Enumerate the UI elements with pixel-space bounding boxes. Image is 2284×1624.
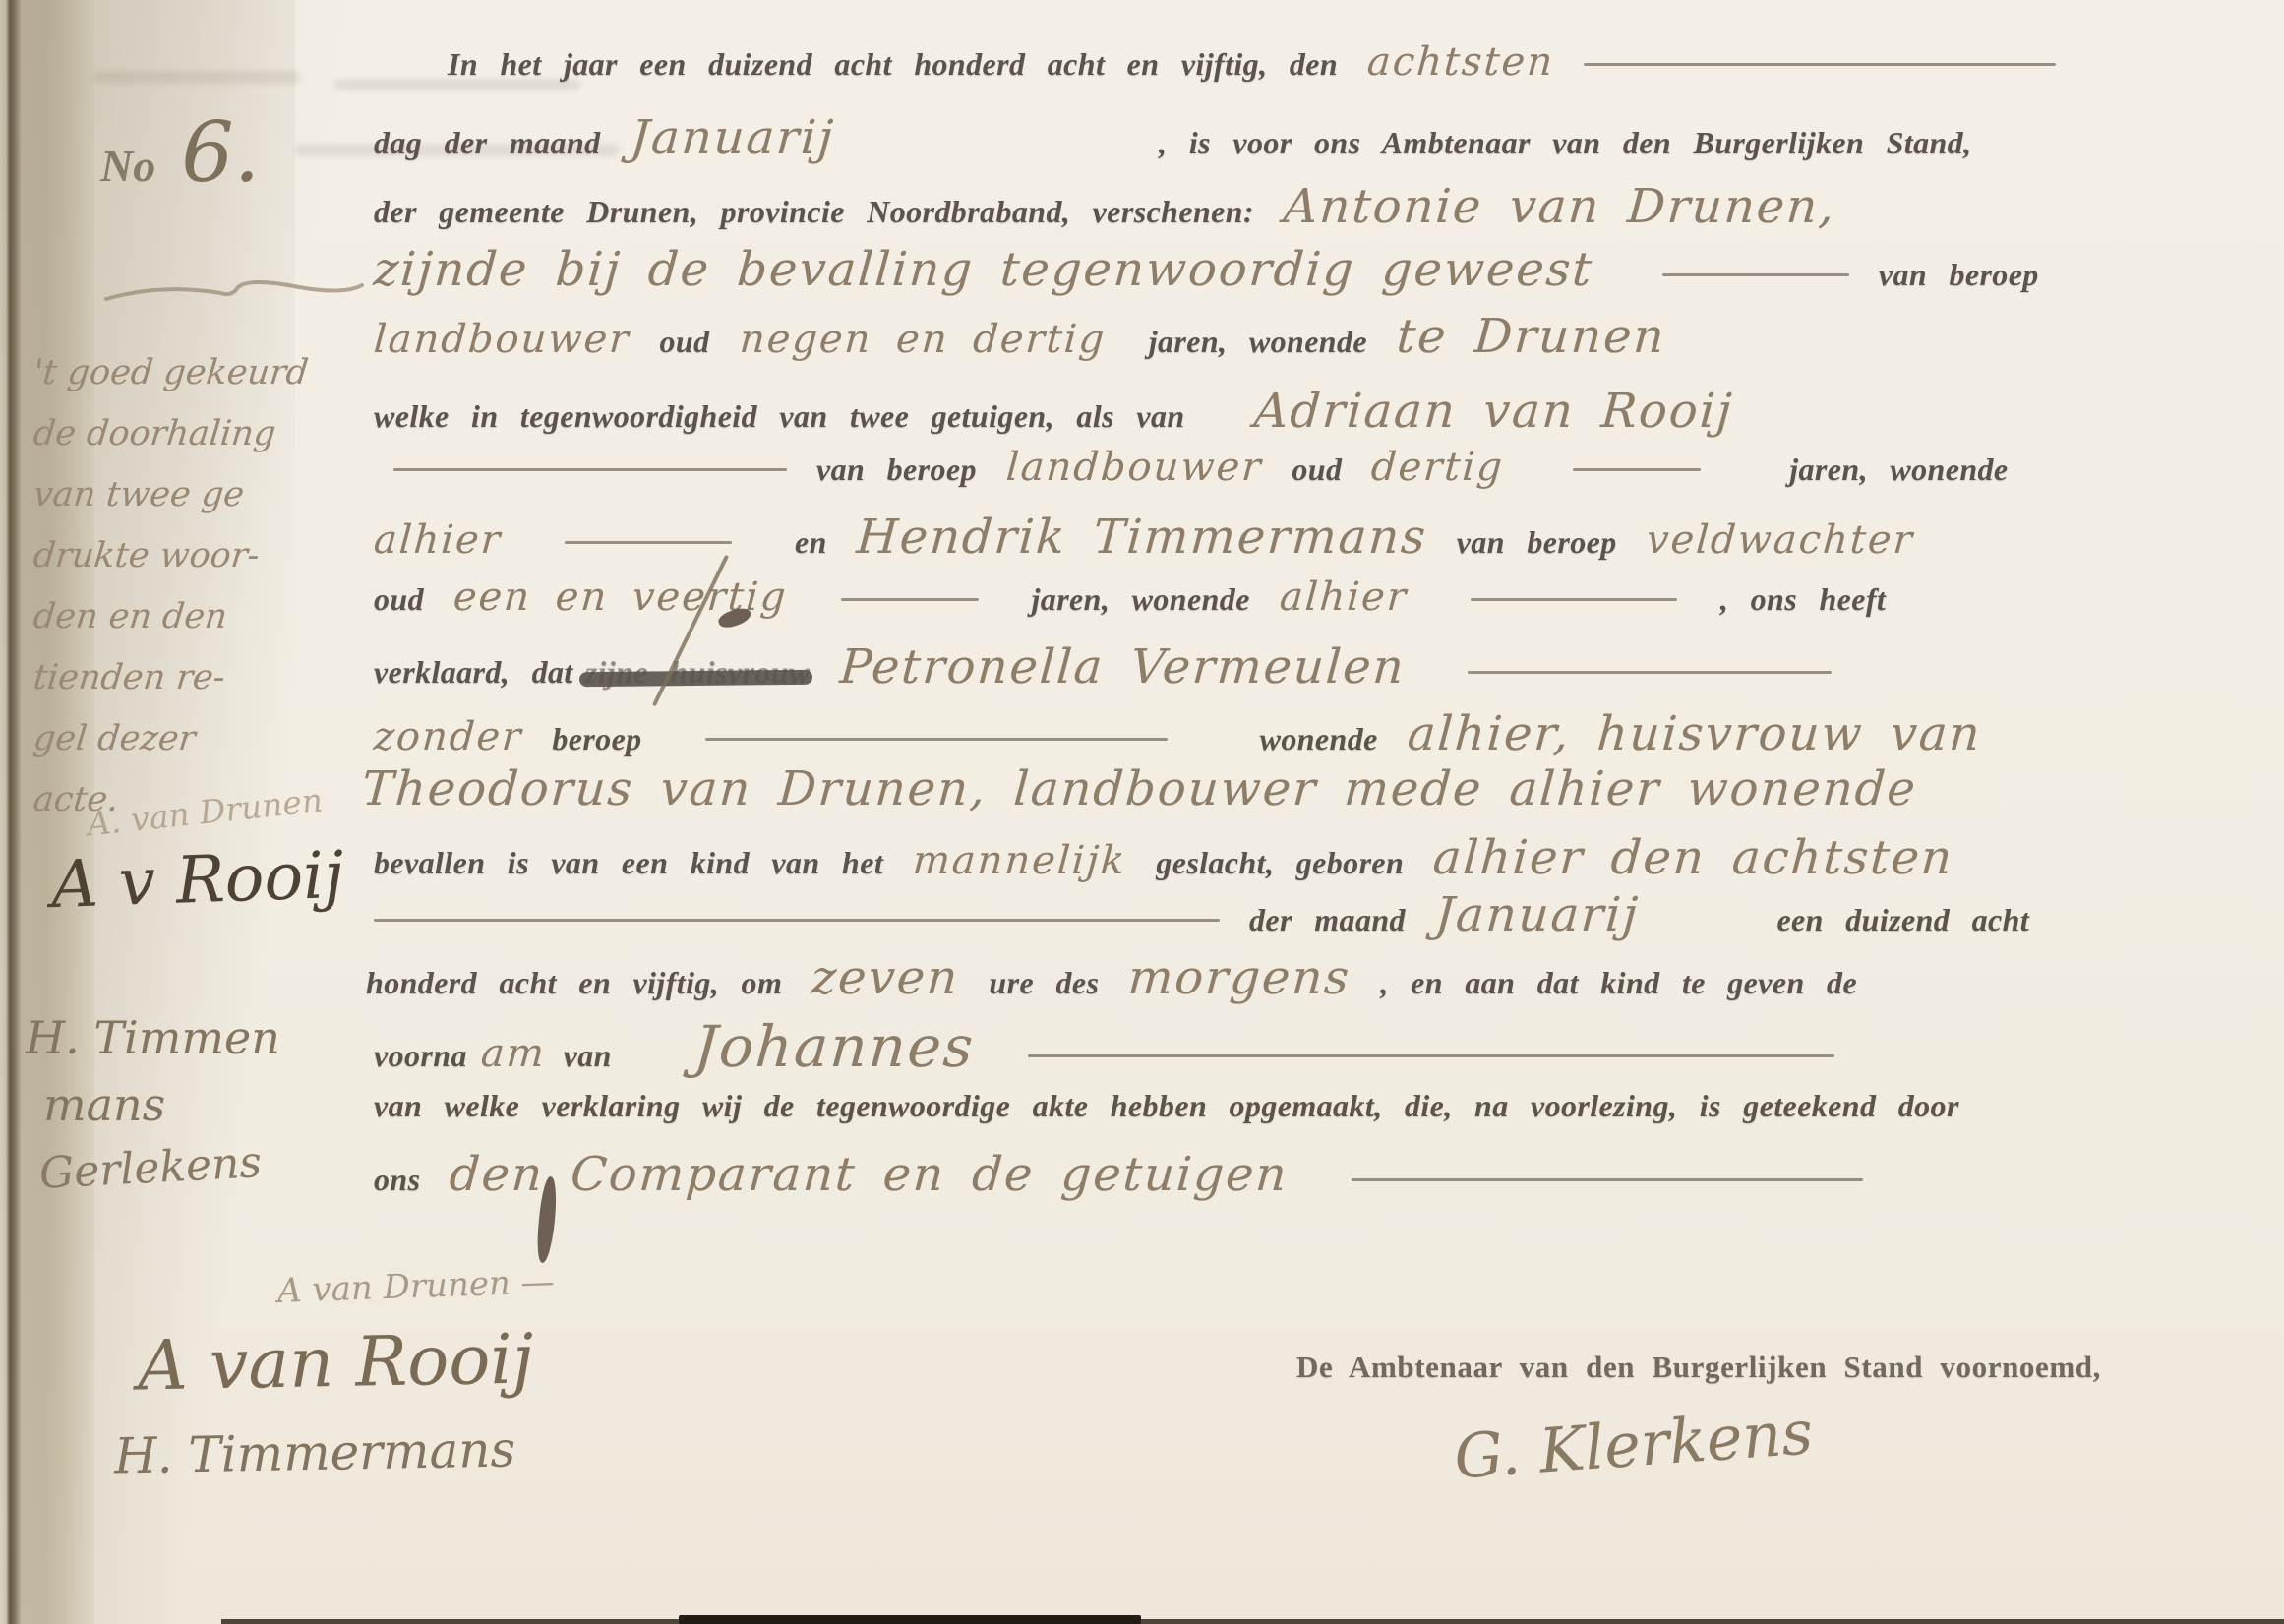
body-line: dag der maand Januarij , is voor ons Amb…: [374, 110, 1997, 165]
body-line: honderd acht en vijftig, om zeven ure de…: [366, 950, 1883, 1005]
handwritten-text: Antonie van Drunen,: [1282, 179, 1837, 234]
handwritten-text: alhier: [372, 517, 503, 563]
margin-signature: Gerlekens: [38, 1137, 263, 1199]
blank-rule: [841, 598, 979, 601]
handwritten-text: Januarij: [1433, 887, 1641, 942]
handwritten-text: negen en dertig: [738, 317, 1107, 362]
body-line: van beroep landbouwer oud dertig jaren, …: [393, 445, 2034, 490]
printed-text: , en aan dat kind te geven de: [1380, 965, 1857, 1000]
signature-comparant: A van Drunen —: [276, 1262, 555, 1311]
printed-text: honderd acht en vijftig, om: [366, 965, 782, 1000]
blank-rule: [1468, 671, 1832, 674]
printed-text: bevallen is van een kind van het: [374, 845, 883, 880]
blank-rule: [705, 738, 1168, 741]
handwritten-text: zonder: [372, 714, 524, 759]
body-line: voorna am van Johannes: [374, 1013, 1860, 1080]
body-line: landbouwer oud negen en dertig jaren, wo…: [374, 309, 1692, 364]
handwritten-text: alhier: [1278, 574, 1409, 620]
printed-text: van beroep: [816, 451, 977, 487]
body-line: zijnde bij de bevalling tegenwoordig gew…: [374, 242, 2065, 297]
printed-text: In het jaar een duizend acht honderd ach…: [448, 46, 1338, 82]
printed-text: geslacht, geboren: [1156, 845, 1404, 880]
margin-note-line: drukte woor-: [30, 525, 362, 586]
printed-text: wonende: [1260, 721, 1378, 756]
bleed-mark: [93, 71, 300, 84]
printed-text: dag der maand: [374, 125, 601, 160]
printed-text: van beroep: [1879, 257, 2039, 292]
handwritten-text: landbouwer: [372, 317, 631, 362]
handwritten-text: morgens: [1126, 950, 1352, 1005]
margin-note-line: gel dezer: [30, 708, 362, 769]
margin-approval-note: 't goed gekeurd de doorhaling van twee g…: [33, 342, 358, 830]
struck-text: zijne huisvrouw: [585, 654, 811, 690]
body-line: der maand Januarij een duizend acht: [374, 887, 2055, 942]
printed-text: jaren, wonende: [1789, 451, 2008, 487]
handwritten-text: alhier den achtsten: [1431, 830, 1955, 885]
printed-text: van: [564, 1038, 612, 1073]
handwritten-text: dertig: [1370, 445, 1506, 490]
handwritten-text: landbouwer: [1004, 445, 1264, 490]
margin-note-line: van twee ge: [30, 464, 362, 525]
body-line: bevallen is van een kind van het manneli…: [374, 830, 1979, 885]
handwritten-text: veldwachter: [1645, 517, 1915, 563]
printed-text: van beroep: [1457, 524, 1617, 560]
body-line: oud een en veertig jaren, wonende alhier…: [374, 574, 1911, 620]
handwritten-text: Petronella Vermeulen: [838, 639, 1408, 694]
body-line: verklaard, dat zijne huisvrouw Petronell…: [374, 639, 1857, 694]
body-line: zonder beroep wonende alhier, huisvrouw …: [374, 706, 2007, 761]
body-line: ons den Comparant en de getuigen: [374, 1147, 1889, 1202]
blank-rule: [1028, 1054, 1834, 1057]
printed-text: een duizend acht: [1776, 902, 2029, 937]
margin-note-line: tienden re-: [30, 647, 362, 708]
handwritten-text: Adriaan van Rooij: [1252, 384, 1735, 439]
printed-text: voorna: [374, 1038, 467, 1073]
blank-rule: [374, 919, 1220, 922]
margin-note-line: den en den: [30, 586, 362, 647]
printed-text: welke in tegenwoordigheid van twee getui…: [374, 398, 1185, 434]
printed-text: ure des: [989, 965, 1099, 1000]
printed-text: der gemeente Drunen, provincie Noordbrab…: [374, 194, 1254, 229]
blank-rule: [393, 468, 787, 471]
printed-text: jaren, wonende: [1149, 324, 1367, 359]
printed-text: van welke verklaring wij de tegenwoordig…: [374, 1088, 1959, 1123]
handwritten-text: Johannes: [691, 1013, 977, 1080]
handwritten-text: zijnde bij de bevalling tegenwoordig gew…: [372, 242, 1595, 297]
official-signature: G. Klerkens: [1452, 1396, 1815, 1492]
signature-witness-1: A van Rooij: [137, 1318, 534, 1406]
blank-rule: [1471, 598, 1677, 601]
act-number-value: 6.: [181, 104, 260, 201]
handwritten-text: mannelijk: [912, 838, 1128, 883]
margin-note-line: de doorhaling: [30, 403, 362, 464]
official-title: De Ambtenaar van den Burgerlijken Stand …: [1296, 1350, 2101, 1385]
body-line: Theodorus van Drunen, landbouwer mede al…: [362, 761, 1943, 816]
handwritten-text: am: [479, 1031, 547, 1076]
act-number-label: No: [100, 141, 155, 191]
blank-rule: [1352, 1178, 1863, 1181]
blank-rule: [1662, 273, 1849, 276]
margin-signature: H. Timmen: [26, 1011, 280, 1064]
signature-witness-2: H. Timmermans: [114, 1420, 516, 1484]
body-line: der gemeente Drunen, provincie Noordbrab…: [374, 179, 1861, 234]
printed-text: , is voor ons Ambtenaar van den Burgerli…: [1159, 125, 1971, 160]
body-line: In het jaar een duizend acht honderd ach…: [448, 39, 2081, 85]
printed-text: jaren, wonende: [1032, 581, 1250, 617]
body-line: alhier en Hendrik Timmermans van beroep …: [374, 510, 1939, 565]
printed-text: oud: [374, 581, 424, 617]
handwritten-text: achtsten: [1365, 39, 1555, 85]
printed-text: oud: [1292, 451, 1342, 487]
bottom-page-edge: [221, 1619, 2284, 1624]
margin-signature: A v Rooij: [50, 837, 345, 923]
handwritten-text: den Comparant en de getuigen: [448, 1147, 1290, 1202]
printed-text: ons: [374, 1162, 420, 1197]
printed-text: verklaard, dat: [374, 654, 573, 690]
printed-text: en: [795, 524, 827, 560]
margin-note-line: 't goed gekeurd: [30, 342, 362, 403]
margin-flourish-icon: [102, 273, 368, 313]
blank-rule: [1573, 468, 1701, 471]
bottom-edge-blotch: [679, 1615, 1141, 1624]
handwritten-text: te Drunen: [1395, 309, 1667, 364]
printed-text: , ons heeft: [1720, 581, 1886, 617]
printed-text: der maand: [1249, 902, 1406, 937]
handwritten-text: alhier, huisvrouw van: [1406, 706, 1983, 761]
birth-certificate-scan: No6. 't goed gekeurd de doorhaling van t…: [0, 0, 2284, 1624]
printed-text: beroep: [552, 721, 641, 756]
body-line: van welke verklaring wij de tegenwoordig…: [374, 1088, 1985, 1124]
handwritten-text: Theodorus van Drunen, landbouwer mede al…: [360, 761, 1919, 816]
act-number: No6.: [100, 104, 260, 201]
blank-rule: [565, 541, 732, 544]
handwritten-text: Januarij: [629, 110, 836, 165]
blank-rule: [1584, 63, 2056, 66]
margin-signature: mans: [43, 1078, 165, 1131]
printed-text: oud: [660, 324, 710, 359]
handwritten-text: zeven: [810, 950, 961, 1005]
body-line: welke in tegenwoordigheid van twee getui…: [374, 384, 1759, 439]
handwritten-text: Hendrik Timmermans: [855, 510, 1429, 565]
